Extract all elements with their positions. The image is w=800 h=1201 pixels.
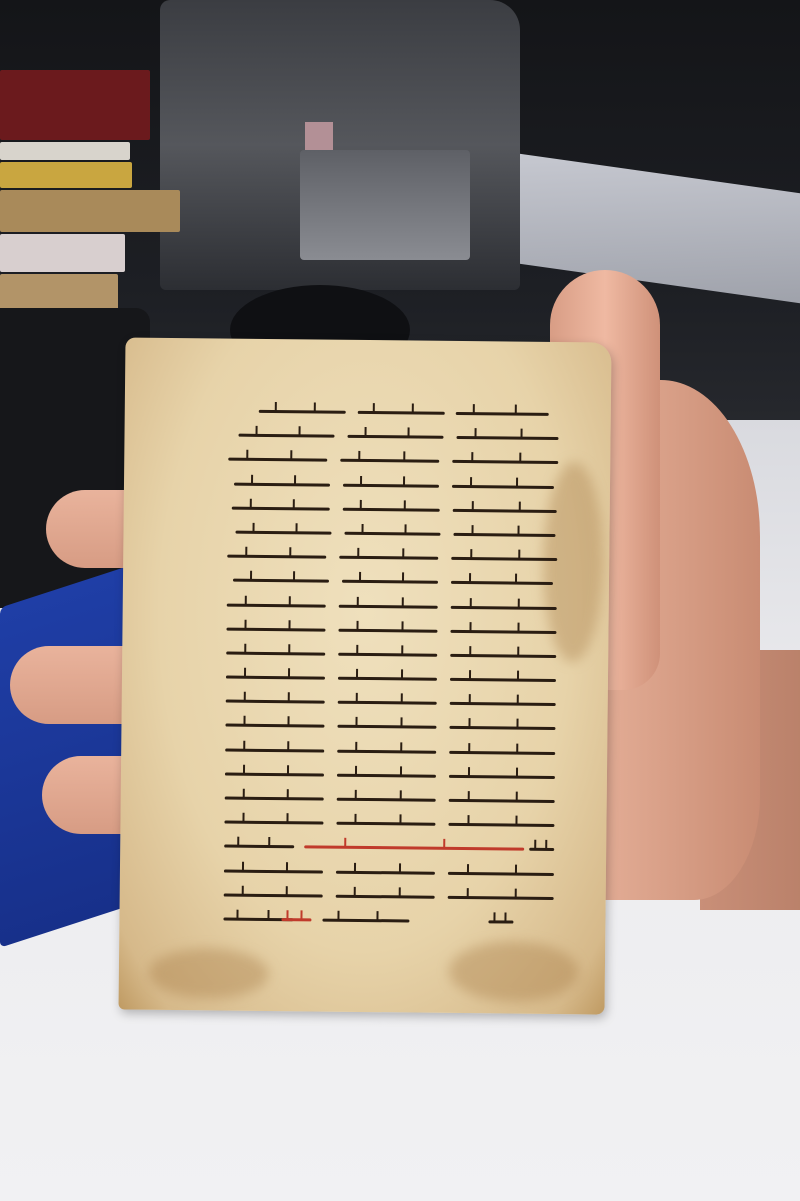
ink-stroke — [343, 483, 439, 487]
printer — [160, 0, 520, 290]
printer-label — [305, 122, 333, 150]
ink-stroke — [344, 532, 440, 536]
manuscript-line — [225, 719, 570, 737]
ink-stroke — [259, 410, 346, 414]
ink-stroke — [449, 823, 555, 827]
ink-stroke — [339, 628, 438, 632]
manuscript-line — [224, 864, 569, 882]
pale-book — [0, 234, 125, 272]
stain — [149, 948, 270, 999]
ink-stroke — [338, 653, 437, 657]
ink-stroke — [225, 724, 324, 728]
ink-stroke — [225, 797, 324, 801]
ink-stroke — [337, 774, 436, 778]
ink-stroke — [342, 508, 440, 512]
ink-stroke — [338, 677, 437, 681]
ink-stroke — [342, 580, 438, 584]
ink-stroke — [225, 748, 324, 752]
ink-stroke — [233, 579, 329, 583]
ink-stroke — [450, 726, 556, 730]
ink-stroke — [357, 411, 444, 415]
ink-stroke — [227, 555, 326, 559]
ink-stroke — [456, 412, 549, 416]
ink-stroke — [452, 557, 558, 561]
ink-stroke — [453, 509, 557, 513]
ink-stroke — [338, 701, 437, 705]
rubric-ink-stroke — [304, 846, 524, 851]
manuscript-line — [228, 429, 573, 447]
ink-stroke — [224, 845, 294, 849]
ink-stroke — [226, 676, 325, 680]
ink-stroke — [322, 919, 409, 923]
ink-stroke — [232, 506, 330, 510]
ink-stroke — [224, 893, 323, 897]
ink-stroke — [451, 654, 557, 658]
manuscript-line — [227, 525, 572, 543]
printer-paper-tray — [300, 150, 470, 260]
photo-scene — [0, 0, 800, 1201]
ink-stroke — [337, 822, 436, 826]
ink-stroke — [224, 821, 323, 825]
manuscript-leaf — [118, 337, 611, 1014]
ink-stroke — [226, 651, 325, 655]
ink-stroke — [450, 702, 556, 706]
ink-stroke — [450, 678, 556, 682]
ink-stroke — [336, 894, 435, 898]
manuscript-line — [224, 816, 569, 834]
ink-stroke — [339, 556, 438, 560]
red-book — [0, 70, 150, 140]
ink-stroke — [337, 749, 436, 753]
tan-book — [0, 190, 180, 232]
ink-stroke — [338, 725, 437, 729]
manuscript-line — [228, 477, 573, 495]
ink-stroke — [336, 870, 435, 874]
manuscript-line — [227, 598, 572, 616]
manuscript-line — [225, 767, 570, 785]
manuscript-line — [227, 574, 572, 592]
ink-stroke — [238, 434, 334, 438]
middle-finger — [10, 646, 140, 724]
ink-stroke — [347, 435, 443, 439]
manuscript-line — [226, 671, 571, 689]
ink-stroke — [225, 772, 324, 776]
manuscript-line — [224, 840, 569, 858]
rubric-ink-stroke — [281, 918, 311, 921]
ink-stroke — [337, 798, 436, 802]
manuscript-line — [223, 912, 568, 930]
ink-stroke — [452, 484, 554, 488]
white-book — [0, 142, 130, 160]
ink-stroke — [529, 848, 554, 851]
ink-stroke — [226, 700, 325, 704]
manuscript-line — [227, 550, 572, 568]
ink-stroke — [235, 531, 331, 535]
ink-stroke — [451, 581, 553, 585]
manuscript-line — [225, 792, 570, 810]
yellow-book — [0, 162, 132, 188]
ink-stroke — [339, 604, 438, 608]
ink-stroke — [340, 459, 439, 463]
manuscript-line — [229, 405, 574, 423]
stain — [449, 941, 580, 1002]
ink-stroke — [453, 533, 555, 537]
ink-stroke — [448, 871, 554, 875]
ink-stroke — [449, 775, 555, 779]
ink-stroke — [448, 896, 554, 900]
ink-stroke — [488, 920, 513, 923]
ink-stroke — [234, 482, 330, 486]
manuscript-line — [225, 743, 570, 761]
manuscript-line — [226, 646, 571, 664]
ink-stroke — [449, 799, 555, 803]
manuscript-line — [226, 695, 571, 713]
syriac-text-block — [223, 405, 574, 941]
manuscript-line — [228, 501, 573, 519]
ink-stroke — [228, 458, 327, 462]
manuscript-line — [224, 888, 569, 906]
ink-stroke — [227, 603, 326, 607]
manuscript-line — [228, 453, 573, 471]
ink-stroke — [453, 460, 559, 464]
ink-stroke — [451, 605, 557, 609]
ink-stroke — [450, 751, 556, 755]
ink-stroke — [451, 630, 557, 634]
ink-stroke — [226, 627, 325, 631]
ink-stroke — [224, 869, 323, 873]
ink-stroke — [456, 436, 558, 440]
manuscript-line — [226, 622, 571, 640]
